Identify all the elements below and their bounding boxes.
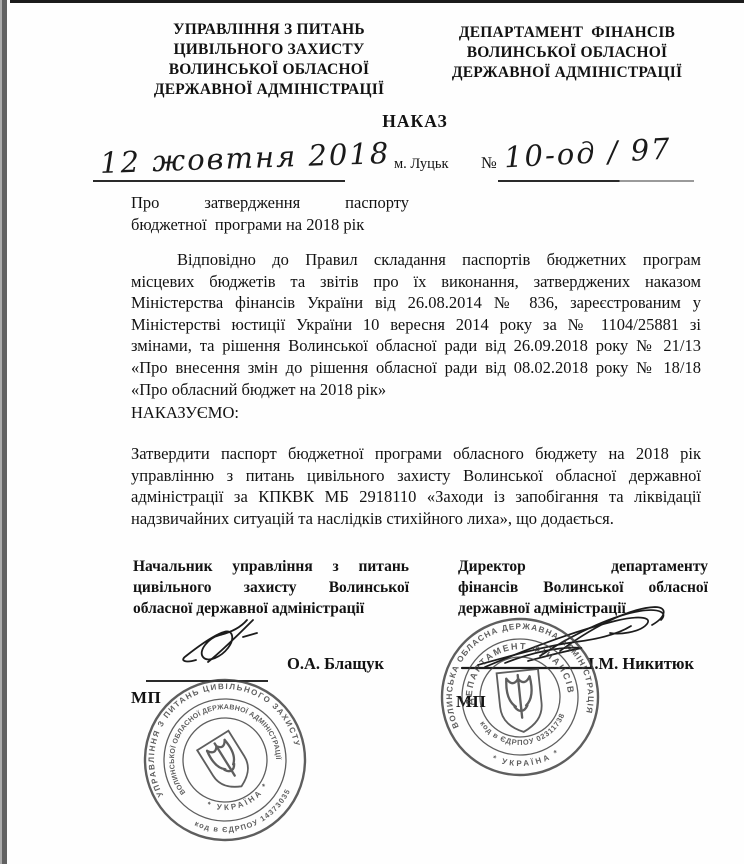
scan-artifact-left-edge [0,0,10,864]
date-underline [93,180,345,182]
letterhead-right-line: ДЕРЖАВНОЇ АДМІНІСТРАЦІЇ [423,63,711,83]
scan-artifact-top-edge [0,0,744,3]
letterhead-left-line: ЦИВІЛЬНОГО ЗАХИСТУ [133,40,405,60]
resolve-word: НАКАЗУЄМО: [131,402,239,424]
paragraph-line: надзвичайних ситуацій та наслідків стихі… [131,508,701,530]
signer-title-line: Начальник управління з питань [133,556,409,577]
paragraph-line: управлінню з питань цивільного захисту В… [131,465,701,487]
signer-title-line: Директор департаменту [458,556,708,577]
trident-emblem [497,669,545,734]
signer-title-line: обласної державної адміністрації [133,598,409,619]
document-title: НАКАЗ [130,111,700,132]
number-underline [498,180,694,182]
stamp-text-outer-top: ВОЛИНСЬКА ОБЛАСНА ДЕРЖАВНА АДМІНІСТРАЦІЯ [438,615,598,731]
signer-left-title: Начальник управління з питань цивільного… [133,556,409,619]
signer-title-line: фінансів Волинської обласної [458,577,708,598]
paragraph-line: «Про внесення змін до рішення обласної р… [131,357,701,379]
paragraph-line: Міністерстві юстиції України 10 вересня … [131,314,701,336]
number-sign: № [481,153,497,173]
subject-line: Про затвердження паспорту [131,192,409,214]
round-stamp-left: УПРАВЛІННЯ З ПИТАНЬ ЦИВІЛЬНОГО ЗАХИСТУ к… [120,655,330,864]
letterhead-right-line: ДЕПАРТАМЕНТ ФІНАНСІВ [423,23,711,43]
paragraph-line: місцевих бюджетів та звітів про їх викон… [131,271,701,293]
paragraph-line: змінами, та рішення Волинської обласної … [131,335,701,357]
subject-block: Про затвердження паспорту бюджетної прог… [131,192,409,235]
letterhead-left: УПРАВЛІННЯ З ПИТАНЬ ЦИВІЛЬНОГО ЗАХИСТУ В… [133,20,405,100]
svg-text:ВОЛИНСЬКА ОБЛАСНА ДЕРЖАВНА АДМ: ВОЛИНСЬКА ОБЛАСНА ДЕРЖАВНА АДМІНІСТРАЦІЯ [438,615,598,731]
handwritten-number: 10-од / 97 [503,132,672,175]
letterhead-right-line: ВОЛИНСЬКОЇ ОБЛАСНОЇ [423,43,711,63]
paragraph-line: Міністерства фінансів України від 26.08.… [131,292,701,314]
paragraph-line: Затвердити паспорт бюджетної програми об… [131,443,701,465]
signer-title-line: цивільного захисту Волинської [133,577,409,598]
paragraph-line: адміністрації за КПКВК МБ 2918110 «Заход… [131,486,701,508]
paragraph-line: «Про обласний бюджет на 2018 рік» [131,379,701,401]
handwritten-date: 12 жовтня 2018 [99,136,390,180]
letterhead-left-line: УПРАВЛІННЯ З ПИТАНЬ [133,20,405,40]
trident-emblem [197,731,257,796]
letterhead-left-line: ДЕРЖАВНОЇ АДМІНІСТРАЦІЇ [133,80,405,100]
letterhead-left-line: ВОЛИНСЬКОЇ ОБЛАСНОЇ [133,60,405,80]
preamble-paragraph: Відповідно до Правил складання паспортів… [131,249,701,400]
round-stamp-right: ВОЛИНСЬКА ОБЛАСНА ДЕРЖАВНА АДМІНІСТРАЦІЯ… [420,597,620,797]
letterhead-right: ДЕПАРТАМЕНТ ФІНАНСІВ ВОЛИНСЬКОЇ ОБЛАСНОЇ… [423,23,711,83]
place-label: м. Луцьк [394,156,449,173]
paragraph-line: Відповідно до Правил складання паспортів… [131,249,701,271]
subject-line: бюджетної програми на 2018 рік [131,214,409,236]
order-paragraph: Затвердити паспорт бюджетної програми об… [131,443,701,529]
scanned-decree-page: УПРАВЛІННЯ З ПИТАНЬ ЦИВІЛЬНОГО ЗАХИСТУ В… [0,0,744,864]
